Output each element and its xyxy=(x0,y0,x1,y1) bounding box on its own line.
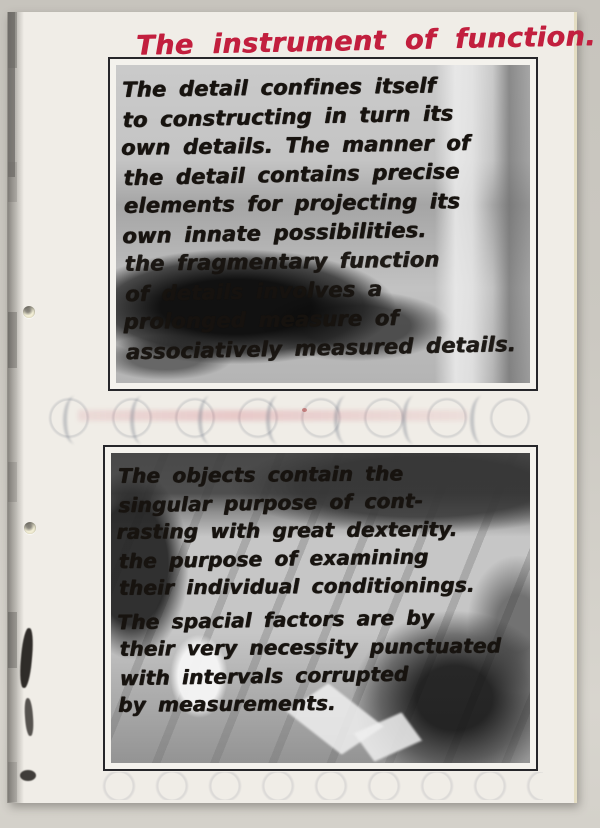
panel-1: The detail confines itself to constructi… xyxy=(108,57,538,391)
ghost-stroke xyxy=(130,396,158,444)
page-title: The instrument of function. xyxy=(136,21,583,61)
ink-smudge xyxy=(20,770,36,781)
ghost-stroke xyxy=(334,396,362,444)
handwritten-line: their individual conditionings. xyxy=(119,570,528,602)
document-page: The instrument of function. The detail c… xyxy=(8,12,577,803)
handwriting-block-1: The detail confines itself to constructi… xyxy=(122,70,530,366)
photo-backdrop: The instrument of function. The detail c… xyxy=(0,0,600,828)
photo-1: The detail confines itself to constructi… xyxy=(116,65,530,383)
ink-smudge xyxy=(24,698,35,736)
handwritten-line: by measurements. xyxy=(118,687,529,719)
panel-2: The objects contain the singular purpose… xyxy=(103,445,538,771)
ghost-stroke xyxy=(266,396,294,444)
ghost-stroke xyxy=(198,396,226,444)
ghost-stroke xyxy=(63,396,91,444)
ghost-stroke xyxy=(402,396,430,444)
punch-hole-bottom xyxy=(24,522,36,534)
ghost-stroke xyxy=(470,396,498,444)
ghost-print-bottom xyxy=(93,772,543,800)
photo-2: The objects contain the singular purpose… xyxy=(111,453,530,763)
red-ink-speck xyxy=(302,408,307,412)
punch-hole-top xyxy=(23,306,35,318)
handwriting-block-2: The objects contain the singular purpose… xyxy=(118,458,529,719)
page-edge-shadow xyxy=(8,12,15,177)
